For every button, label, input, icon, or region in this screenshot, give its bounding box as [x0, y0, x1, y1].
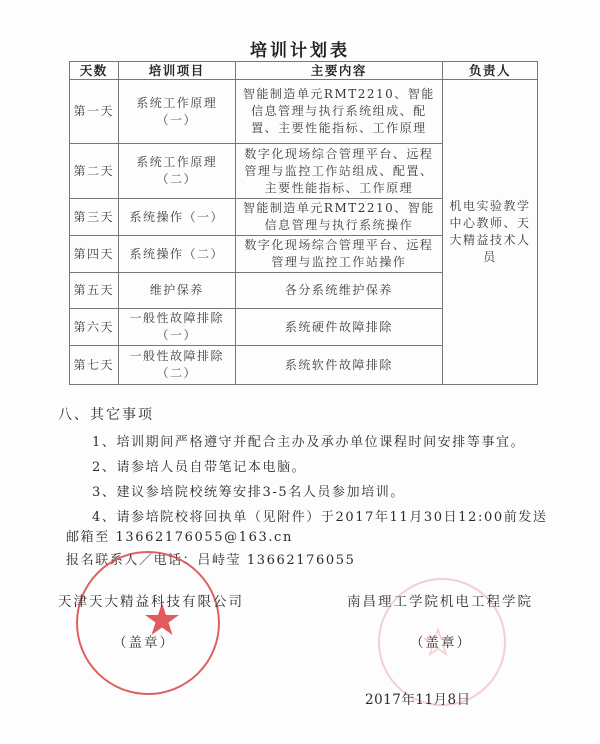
note-2: 2、请参培人员自带笔记本电脑。 [92, 456, 306, 475]
cell-content: 智能制造单元RMT2210、智能信息管理与执行系统操作 [235, 199, 442, 236]
note-3: 3、建议参培院校统筹安排3-5名人员参加培训。 [92, 481, 405, 500]
cell-item: 一般性故障排除（一） [118, 309, 235, 346]
cell-day: 第五天 [70, 273, 119, 309]
cell-day: 第二天 [70, 144, 119, 199]
cell-content: 系统软件故障排除 [235, 346, 442, 385]
cell-item: 系统工作原理（二） [118, 144, 235, 199]
column-header-day: 天数 [70, 62, 119, 80]
column-header-responsible: 负责人 [442, 62, 537, 80]
cell-day: 第一天 [70, 80, 119, 144]
email-line: 邮箱至 13662176055@163.cn [66, 526, 293, 545]
cell-day: 第三天 [70, 199, 119, 236]
cell-item: 一般性故障排除（二） [118, 346, 235, 385]
table-header-row: 天数 培训项目 主要内容 负责人 [70, 62, 538, 80]
left-seal-label: （盖章） [113, 631, 175, 651]
cell-content: 各分系统维护保养 [235, 273, 442, 309]
cell-responsible: 机电实验教学中心教师、天大精益技术人员 [442, 80, 537, 385]
column-header-content: 主要内容 [235, 62, 442, 80]
cell-day: 第四天 [70, 236, 119, 273]
cell-item: 系统工作原理（一） [118, 80, 235, 144]
cell-item: 系统操作（一） [118, 199, 235, 236]
page-title: 培训计划表 [0, 36, 600, 61]
training-plan-table: 天数 培训项目 主要内容 负责人 第一天 系统工作原理（一） 智能制造单元RMT… [69, 61, 538, 385]
right-seal-label: （盖章） [410, 631, 472, 651]
cell-content: 数字化现场综合管理平台、远程管理与监控工作站组成、配置、主要性能指标、工作原理 [235, 144, 442, 199]
cell-content: 系统硬件故障排除 [235, 309, 442, 346]
left-organization: 天津天大精益科技有限公司 [58, 590, 244, 610]
cell-day: 第七天 [70, 346, 119, 385]
signature-date: 2017年11月8日 [365, 688, 471, 708]
right-organization: 南昌理工学院机电工程学院 [347, 590, 533, 610]
table-row: 第一天 系统工作原理（一） 智能制造单元RMT2210、智能信息管理与执行系统组… [70, 80, 538, 144]
cell-item: 系统操作（二） [118, 236, 235, 273]
contact-line: 报名联系人／电话：吕峙莹 13662176055 [66, 549, 356, 568]
cell-day: 第六天 [70, 309, 119, 346]
cell-content: 智能制造单元RMT2210、智能信息管理与执行系统组成、配置、主要性能指标、工作… [235, 80, 442, 144]
section-heading: 八、其它事项 [58, 404, 154, 424]
cell-content: 数字化现场综合管理平台、远程管理与监控工作站操作 [235, 236, 442, 273]
column-header-item: 培训项目 [118, 62, 235, 80]
note-4: 4、请参培院校将回执单（见附件）于2017年11月30日12:00前发送 [92, 506, 548, 525]
note-1: 1、培训期间严格遵守并配合主办及承办单位课程时间安排等事宜。 [92, 431, 525, 450]
cell-item: 维护保养 [118, 273, 235, 309]
